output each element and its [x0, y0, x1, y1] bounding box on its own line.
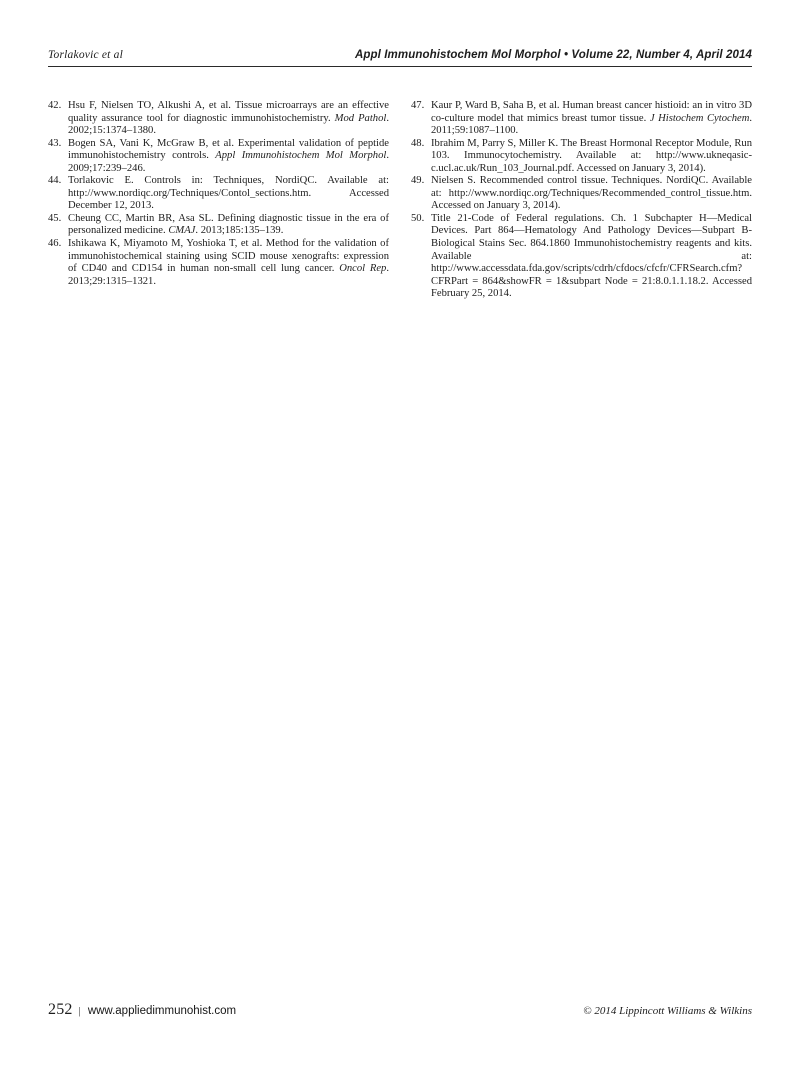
journal-website: www.appliedimmunohist.com — [88, 1005, 236, 1017]
reference-segment: Ibrahim M, Parry S, Miller K. The Breast… — [431, 138, 752, 174]
page-footer: 252 | www.appliedimmunohist.com © 2014 L… — [48, 1001, 752, 1019]
reference-number: 45. — [48, 213, 61, 226]
reference-number: 46. — [48, 238, 61, 251]
journal-title: Oncol Rep — [339, 263, 386, 274]
reference-segment: Torlakovic E. Controls in: Techniques, N… — [68, 175, 389, 211]
journal-title: Appl Immunohistochem Mol Morphol — [215, 150, 386, 161]
references-section: 42.Hsu F, Nielsen TO, Alkushi A, et al. … — [48, 100, 752, 301]
reference-item: 49.Nielsen S. Recommended control tissue… — [411, 175, 752, 213]
reference-number: 49. — [411, 175, 424, 188]
reference-item: 50.Title 21-Code of Federal regulations.… — [411, 213, 752, 301]
reference-item: 48.Ibrahim M, Parry S, Miller K. The Bre… — [411, 138, 752, 176]
page-header: Torlakovic et al Appl Immunohistochem Mo… — [48, 49, 752, 67]
reference-item: 47.Kaur P, Ward B, Saha B, et al. Human … — [411, 100, 752, 138]
reference-column-right: 47.Kaur P, Ward B, Saha B, et al. Human … — [411, 100, 752, 301]
copyright-notice: © 2014 Lippincott Williams & Wilkins — [583, 1005, 752, 1017]
reference-item: 42.Hsu F, Nielsen TO, Alkushi A, et al. … — [48, 100, 389, 138]
journal-volume-info: Appl Immunohistochem Mol Morphol • Volum… — [355, 49, 752, 61]
page-number: 252 — [48, 1001, 73, 1019]
reference-text: Cheung CC, Martin BR, Asa SL. Defining d… — [68, 213, 389, 237]
journal-title: Mod Pathol — [335, 113, 387, 124]
reference-item: 43.Bogen SA, Vani K, McGraw B, et al. Ex… — [48, 138, 389, 176]
footer-separator: | — [79, 1005, 81, 1017]
reference-text: Bogen SA, Vani K, McGraw B, et al. Exper… — [68, 138, 389, 174]
reference-text: Hsu F, Nielsen TO, Alkushi A, et al. Tis… — [68, 100, 389, 136]
reference-text: Nielsen S. Recommended control tissue. T… — [431, 175, 752, 211]
reference-item: 45.Cheung CC, Martin BR, Asa SL. Definin… — [48, 213, 389, 238]
reference-number: 50. — [411, 213, 424, 226]
footer-left-group: 252 | www.appliedimmunohist.com — [48, 1001, 236, 1019]
reference-segment: Nielsen S. Recommended control tissue. T… — [431, 175, 752, 211]
journal-title: CMAJ — [168, 225, 195, 236]
reference-number: 43. — [48, 138, 61, 151]
reference-column-left: 42.Hsu F, Nielsen TO, Alkushi A, et al. … — [48, 100, 389, 301]
running-author: Torlakovic et al — [48, 49, 123, 61]
reference-text: Ibrahim M, Parry S, Miller K. The Breast… — [431, 138, 752, 174]
reference-number: 47. — [411, 100, 424, 113]
reference-segment: . 2013;185:135–139. — [195, 225, 283, 236]
reference-text: Torlakovic E. Controls in: Techniques, N… — [68, 175, 389, 211]
reference-segment: Title 21-Code of Federal regulations. Ch… — [431, 213, 752, 299]
journal-title: J Histochem Cytochem — [650, 113, 750, 124]
reference-text: Ishikawa K, Miyamoto M, Yoshioka T, et a… — [68, 238, 389, 287]
reference-number: 42. — [48, 100, 61, 113]
reference-number: 44. — [48, 175, 61, 188]
reference-text: Kaur P, Ward B, Saha B, et al. Human bre… — [431, 100, 752, 136]
reference-item: 46.Ishikawa K, Miyamoto M, Yoshioka T, e… — [48, 238, 389, 288]
reference-text: Title 21-Code of Federal regulations. Ch… — [431, 213, 752, 299]
journal-page: Torlakovic et al Appl Immunohistochem Mo… — [0, 0, 800, 1071]
reference-item: 44.Torlakovic E. Controls in: Techniques… — [48, 175, 389, 213]
reference-number: 48. — [411, 138, 424, 151]
